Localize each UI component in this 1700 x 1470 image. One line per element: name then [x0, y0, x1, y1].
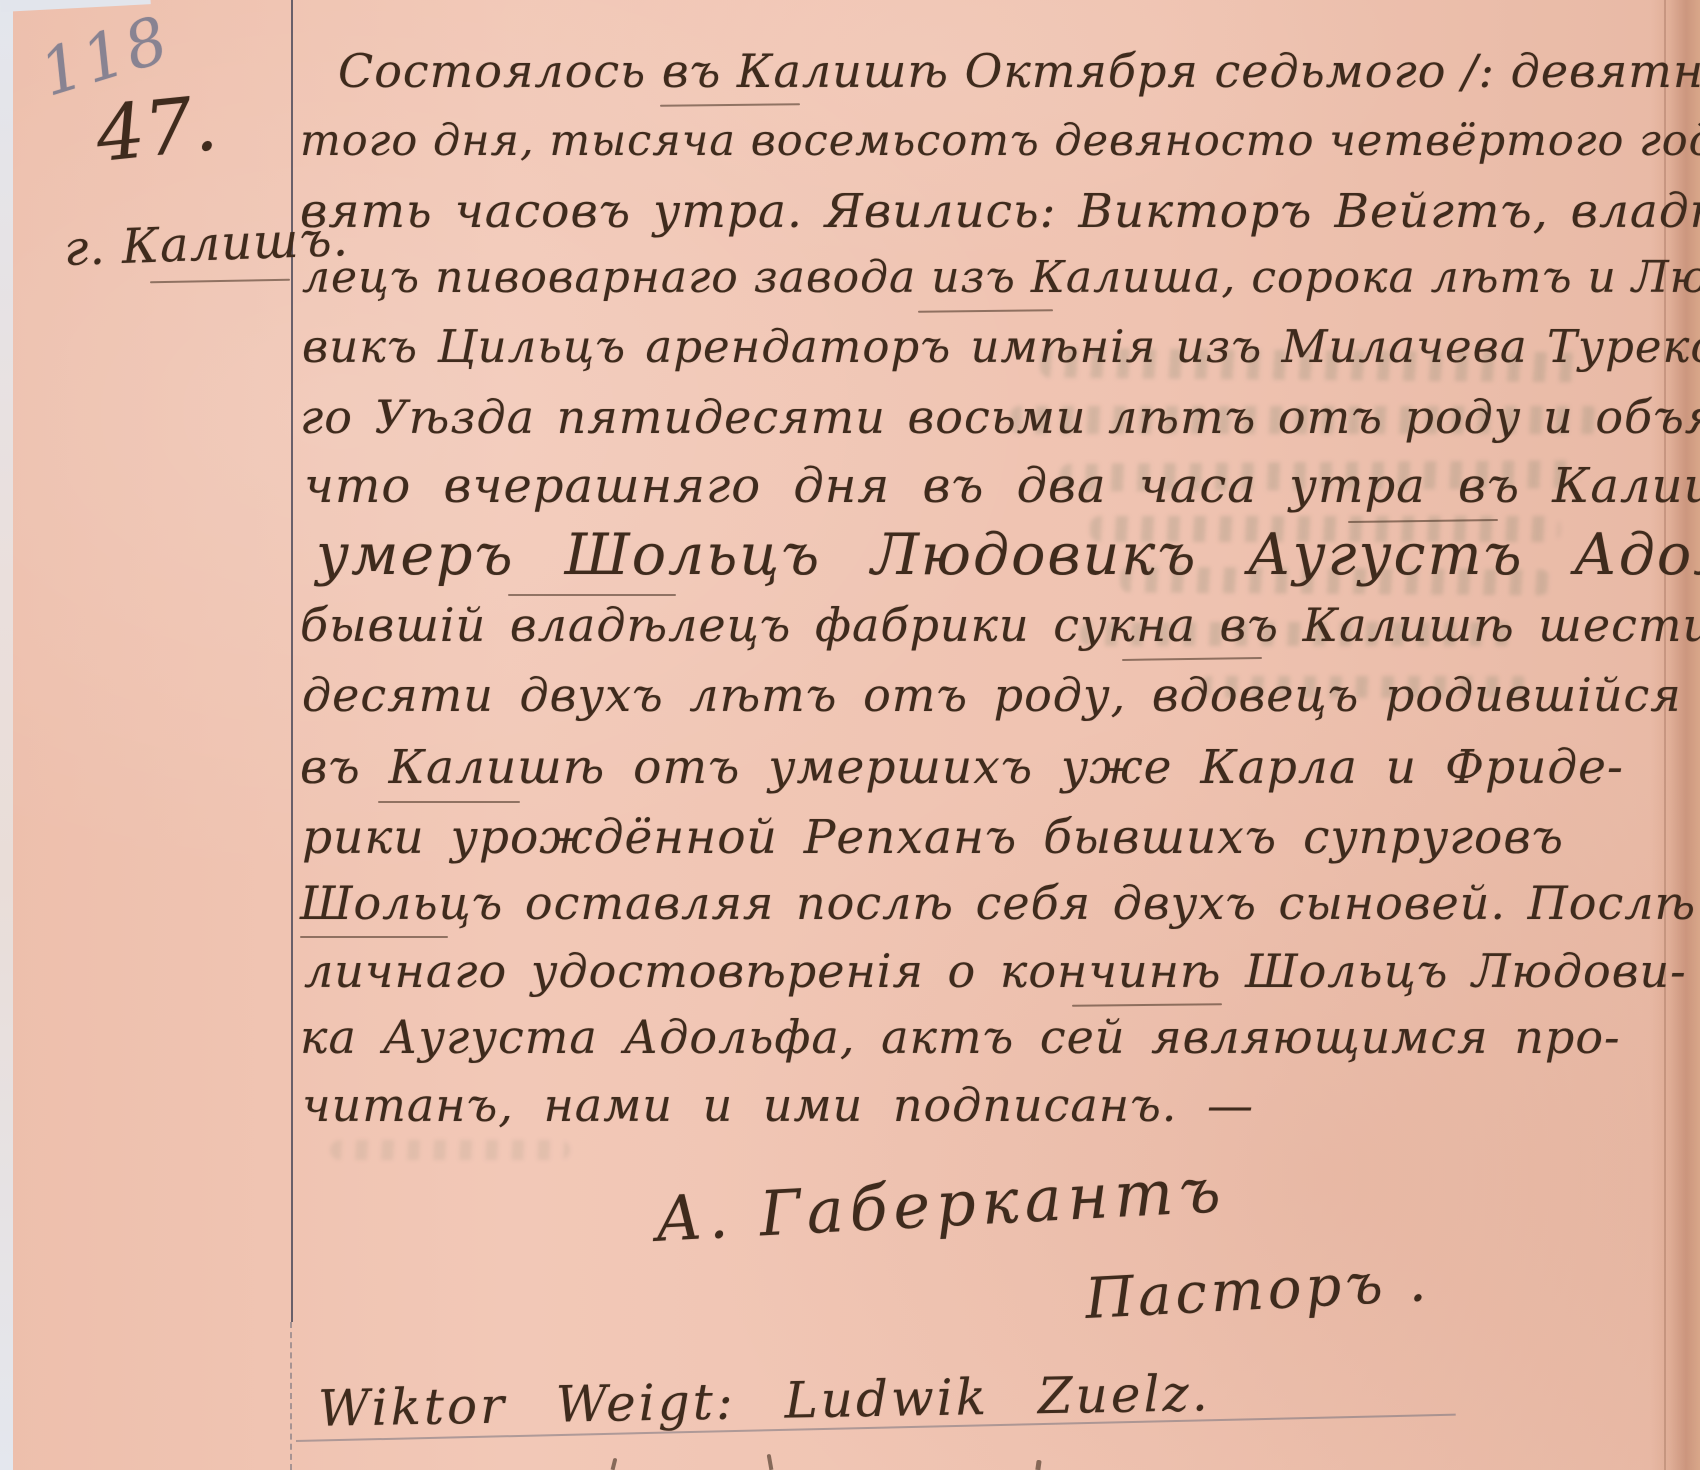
signature-witnesses: Wiktor Weigt: Ludwik Zuelz. [318, 1364, 1212, 1438]
entry-number: 47. [92, 78, 222, 179]
manuscript-line: что вчерашняго дня въ два часа утра въ К… [304, 458, 1700, 514]
manuscript-line: ка Аугуста Адольфа, актъ сей являющимся … [300, 1010, 1621, 1064]
signature-officiant: А. Габеркантъ [653, 1153, 1228, 1256]
manuscript-line: лецъ пивоварнаго завода изъ Калиша, соро… [302, 252, 1700, 303]
manuscript-line: въ Калишѣ отъ умершихъ уже Карла и Фриде… [300, 740, 1624, 795]
manuscript-line-deceased-name: умеръ Шольцъ Людовикъ Аугустъ Адольфъ — [316, 522, 1700, 588]
word-underline [378, 801, 520, 803]
manuscript-line: того дня, тысяча восемьсотъ девяносто че… [300, 116, 1700, 166]
manuscript-line: викъ Цильцъ арендаторъ имѣнія изъ Милаче… [302, 320, 1700, 373]
word-underline [918, 309, 1053, 312]
word-underline [150, 279, 290, 283]
manuscript-line: десяти двухъ лѣтъ отъ роду, вдовецъ роди… [302, 668, 1682, 722]
word-underline [508, 594, 676, 596]
manuscript-line: рики урождённой Репханъ бывшихъ супругов… [302, 810, 1564, 865]
register-page-scan: 118 47. г. Калишъ. Состоялось въ Калишѣ … [0, 0, 1700, 1470]
manuscript-line: Шольцъ оставляя послѣ себя двухъ сыновей… [300, 876, 1696, 930]
cutoff-ink-mark [611, 1458, 618, 1470]
manuscript-line: бывшій владѣлецъ фабрики сукна въ Калишѣ… [300, 598, 1700, 652]
margin-column-rule [291, 0, 293, 1322]
signature-officiant-title: Пасторъ . [1084, 1249, 1432, 1332]
manuscript-line: читанъ, нами и ими подписанъ. — [302, 1078, 1254, 1132]
cutoff-ink-mark [767, 1454, 774, 1470]
manuscript-line: Состоялось въ Калишѣ Октября седьмого /:… [338, 44, 1700, 98]
scan-background-left-edge [0, 0, 13, 1470]
word-underline [1122, 657, 1262, 661]
word-underline [300, 936, 448, 938]
ink-bleedthrough [330, 1140, 570, 1160]
margin-column-rule-pencil [290, 1322, 292, 1470]
word-underline [660, 103, 800, 106]
manuscript-line: вять часовъ утра. Явились: Викторъ Вейгт… [300, 184, 1700, 239]
manuscript-line: го Уѣзда пятидесяти восьми лѣтъ отъ роду… [300, 390, 1700, 444]
manuscript-line: личнаго удостовѣренія о кончинѣ Шольцъ Л… [304, 944, 1687, 998]
word-underline [1072, 1003, 1222, 1007]
cutoff-ink-mark [1035, 1460, 1041, 1470]
